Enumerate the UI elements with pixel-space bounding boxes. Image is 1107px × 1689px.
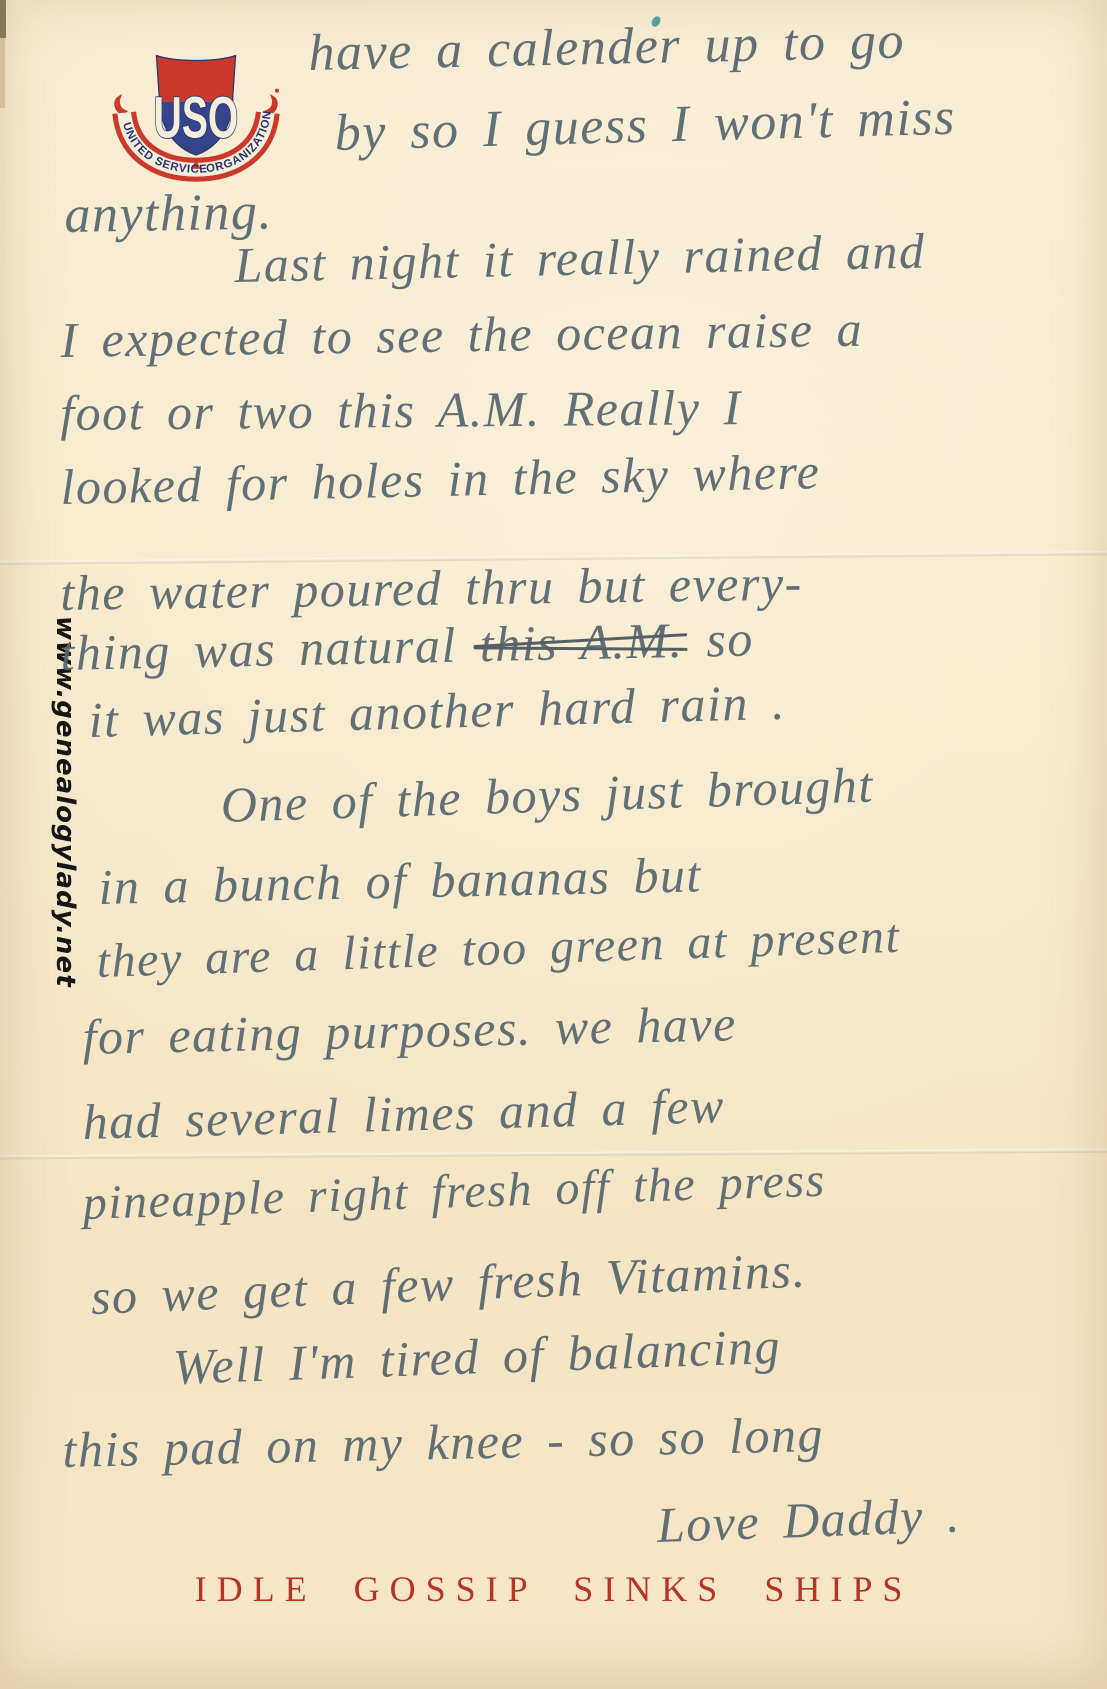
handwritten-line: had several limes and a few (82, 1080, 725, 1147)
handwritten-line: the water poured thru but every- (60, 558, 803, 618)
letter-lines: have a calender up to goby so I guess I … (0, 0, 1107, 1689)
handwritten-line: this pad on my knee - so so long (62, 1409, 824, 1475)
handwritten-text: so (683, 610, 755, 667)
handwritten-line: foot or two this A.M. Really I (60, 382, 742, 438)
handwritten-line: they are a little too green at present (96, 913, 901, 986)
handwritten-line: in a bunch of bananas but (98, 849, 702, 912)
handwritten-line: anything. (64, 186, 273, 242)
handwritten-text: thing was natural (60, 616, 480, 681)
handwritten-line: looked for holes in the sky where (60, 446, 821, 512)
handwritten-line: pineapple right fresh off the press (82, 1157, 826, 1228)
footer-slogan: IDLE GOSSIP SINKS SHIPS (0, 1568, 1107, 1610)
handwritten-line: it was just another hard rain . (88, 677, 786, 745)
handwritten-line: by so I guess I won't miss (334, 92, 956, 160)
handwritten-line: have a calender up to go (308, 16, 905, 80)
letter-page: UNITED SERVICE ORGANIZATIONS USO www.gen… (0, 0, 1107, 1689)
handwritten-line: Last night it really rained and (234, 226, 926, 290)
handwritten-line: I expected to see the ocean raise a (60, 304, 863, 365)
handwritten-line: thing was natural this A.M. so (60, 613, 754, 678)
struck-out-text: this A.M. (479, 615, 684, 669)
handwritten-line: One of the boys just brought (220, 759, 874, 829)
signature: Love Daddy . (656, 1489, 962, 1550)
handwritten-line: for eating purposes. we have (82, 998, 737, 1062)
handwritten-line: so we get a few fresh Vitamins. (90, 1245, 807, 1322)
handwritten-line: Well I'm tired of balancing (172, 1321, 782, 1392)
